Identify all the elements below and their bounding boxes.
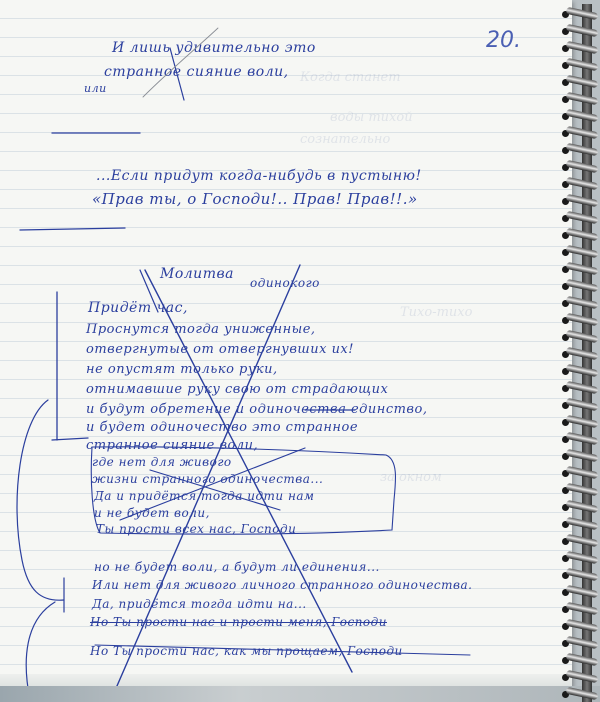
spiral-coil (560, 635, 600, 653)
boxed-line: жизни странного одиночества... (92, 472, 323, 486)
spiral-coil (560, 346, 600, 364)
spiral-coil (560, 397, 600, 415)
boxed-line: Ты прости всех нас, Господи (96, 522, 296, 536)
poem-line: отнимавшие руку свою от страдающих (86, 382, 388, 397)
spiral-coil (560, 686, 600, 702)
poem-line: Придёт час, (88, 300, 188, 316)
spiral-coil (560, 601, 600, 619)
spiral-coil (560, 533, 600, 551)
page-number: 20. (486, 28, 521, 53)
bleed-through-text: за окном (380, 470, 442, 485)
spiral-coil (560, 516, 600, 534)
spiral-coil (560, 108, 600, 126)
spiral-coil (560, 312, 600, 330)
poem-line: странное сияние воли, (86, 438, 258, 453)
spiral-coil (560, 431, 600, 449)
spiral-binding (560, 0, 600, 702)
spiral-coil (560, 210, 600, 228)
spiral-coil (560, 618, 600, 636)
spiral-coil (560, 499, 600, 517)
spiral-coil (560, 142, 600, 160)
top-fragment-line-1: И лишь удивительно это (112, 40, 316, 56)
spiral-coil (560, 193, 600, 211)
boxed-line: Да и придётся тогда идти нам (94, 489, 314, 503)
quote-line-2: «Прав ты, о Господи!.. Прав! Прав!!.» (92, 190, 418, 208)
poem-line: и будут обретение и одиночества единство… (86, 402, 427, 417)
poem-line: Проснутся тогда униженные, (86, 322, 316, 337)
poem-line: и будет одиночество это странное (86, 420, 358, 435)
boxed-line: где нет для живого (92, 455, 232, 469)
spiral-coil (560, 40, 600, 58)
spiral-coil (560, 176, 600, 194)
poem-title: Молитва (160, 266, 234, 282)
spiral-coil (560, 23, 600, 41)
spiral-coil (560, 125, 600, 143)
ending-line: Да, придётся тогда идти на... (92, 597, 307, 611)
spiral-coil (560, 363, 600, 381)
desk-surface (0, 686, 600, 702)
spiral-coil (560, 244, 600, 262)
spiral-coil (560, 278, 600, 296)
spiral-coil (560, 57, 600, 75)
poem-line: не опустят только руки, (86, 362, 278, 377)
spiral-coil (560, 6, 600, 24)
spiral-coil (560, 380, 600, 398)
poem-line: отвергнутые от отвергнувших их! (86, 342, 354, 357)
ending-line: но не будет воли, а будут ли единения... (94, 560, 380, 574)
bleed-through-text: Когда станет (300, 70, 401, 85)
spiral-coil (560, 448, 600, 466)
ending-line-final: Но Ты прости нас, как мы прощаем, Господ… (90, 644, 403, 658)
ending-line: Или нет для живого личного странного оди… (92, 578, 472, 592)
spiral-coil (560, 329, 600, 347)
poem-subtitle: одинокого (250, 276, 320, 290)
notebook-page: Когда станет воды тихой сознательно Тихо… (0, 0, 572, 688)
bleed-through-text: Тихо-тихо (400, 305, 472, 320)
spiral-coil (560, 261, 600, 279)
spiral-coil (560, 74, 600, 92)
spiral-coil (560, 465, 600, 483)
spiral-coil (560, 567, 600, 585)
top-fragment-line-2: странное сияние воли, (104, 64, 289, 80)
top-fragment-margin-word: или (84, 82, 107, 95)
spiral-coil (560, 669, 600, 687)
bleed-through-text: сознательно (300, 132, 390, 147)
spiral-coil (560, 159, 600, 177)
spiral-coil (560, 414, 600, 432)
spiral-coil (560, 91, 600, 109)
spiral-coil (560, 227, 600, 245)
spiral-coil (560, 295, 600, 313)
ending-line-struck: Но Ты прости нас и прости меня, Господи (90, 615, 387, 629)
spiral-coil (560, 584, 600, 602)
bleed-through-text: воды тихой (330, 110, 413, 125)
quote-line-1: ...Если придут когда-нибудь в пустыню! (96, 168, 422, 184)
spiral-coil (560, 550, 600, 568)
boxed-line: и не будет воли, (94, 506, 210, 520)
spiral-coil (560, 482, 600, 500)
spiral-coil (560, 652, 600, 670)
